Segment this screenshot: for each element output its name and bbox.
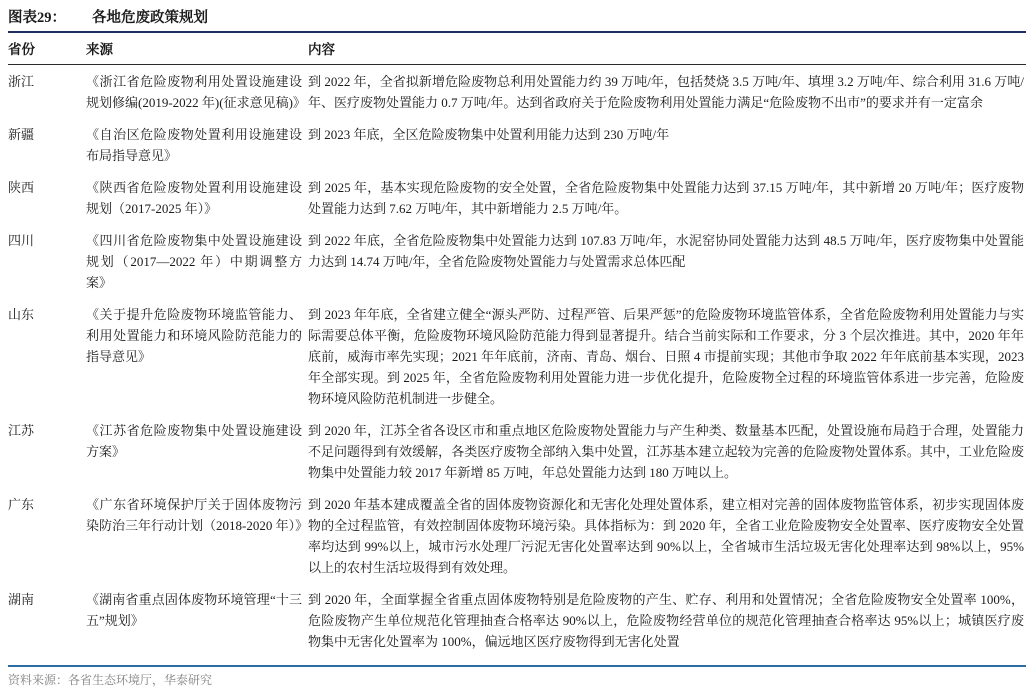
content-cell: 到 2022 年底，全省危险废物集中处置能力达到 107.83 万吨/年，水泥窑…: [308, 230, 1026, 293]
table-row: 陕西 《陕西省危险废物处置利用设施建设规划（2017-2025 年）》 到 20…: [8, 171, 1026, 224]
source-cell: 《江苏省危险废物集中处置设施建设方案》: [86, 420, 302, 483]
source-note: 资料来源：各省生态环境厅，华泰研究: [8, 667, 1028, 692]
content-cell: 到 2020 年，江苏全省各设区市和重点地区危险废物处置能力与产生种类、数量基本…: [308, 420, 1026, 483]
source-cell: 《陕西省危险废物处置利用设施建设规划（2017-2025 年）》: [86, 177, 302, 219]
source-cell: 《湖南省重点固体废物环境管理“十三五”规划》: [86, 589, 302, 652]
source-cell: 《浙江省危险废物利用处置设施建设规划修编(2019-2022 年)(征求意见稿)…: [86, 71, 302, 113]
policy-table: 省份 来源 内容 浙江 《浙江省危险废物利用处置设施建设规划修编(2019-20…: [8, 33, 1026, 667]
header-province: 省份: [8, 39, 80, 60]
province-cell: 江苏: [8, 420, 80, 483]
table-row: 湖南 《湖南省重点固体废物环境管理“十三五”规划》 到 2020 年，全面掌握全…: [8, 583, 1026, 657]
province-cell: 浙江: [8, 71, 80, 113]
source-cell: 《广东省环境保护厅关于固体废物污染防治三年行动计划（2018-2020 年）》: [86, 494, 302, 578]
figure-label: 图表29：: [8, 6, 66, 27]
province-cell: 湖南: [8, 589, 80, 652]
table-row: 江苏 《江苏省危险废物集中处置设施建设方案》 到 2020 年，江苏全省各设区市…: [8, 414, 1026, 488]
table-header-row: 省份 来源 内容: [8, 33, 1026, 65]
table-body: 浙江 《浙江省危险废物利用处置设施建设规划修编(2019-2022 年)(征求意…: [8, 65, 1026, 657]
table-row: 广东 《广东省环境保护厅关于固体废物污染防治三年行动计划（2018-2020 年…: [8, 488, 1026, 583]
province-cell: 陕西: [8, 177, 80, 219]
header-content: 内容: [308, 39, 1026, 60]
header-source: 来源: [86, 39, 302, 60]
content-cell: 到 2023 年底，全区危险废物集中处置利用能力达到 230 万吨/年: [308, 124, 1026, 166]
table-row: 浙江 《浙江省危险废物利用处置设施建设规划修编(2019-2022 年)(征求意…: [8, 65, 1026, 118]
content-cell: 到 2022 年，全省拟新增危险废物总利用处置能力约 39 万吨/年，包括焚烧 …: [308, 71, 1026, 113]
content-cell: 到 2020 年，全面掌握全省重点固体废物特别是危险废物的产生、贮存、利用和处置…: [308, 589, 1026, 652]
content-cell: 到 2020 年基本建成覆盖全省的固体废物资源化和无害化处理处置体系，建立相对完…: [308, 494, 1026, 578]
figure-title-bar: 图表29： 各地危废政策规划: [8, 6, 1026, 33]
table-row: 新疆 《自治区危险废物处置利用设施建设布局指导意见》 到 2023 年底，全区危…: [8, 118, 1026, 171]
content-cell: 到 2025 年，基本实现危险废物的安全处置，全省危险废物集中处置能力达到 37…: [308, 177, 1026, 219]
province-cell: 山东: [8, 304, 80, 409]
source-cell: 《自治区危险废物处置利用设施建设布局指导意见》: [86, 124, 302, 166]
content-cell: 到 2023 年年底，全省建立健全“源头严防、过程严管、后果严惩”的危险废物环境…: [308, 304, 1026, 409]
table-row: 四川 《四川省危险废物集中处置设施建设规划（2017—2022 年）中期调整方案…: [8, 224, 1026, 298]
source-cell: 《四川省危险废物集中处置设施建设规划（2017—2022 年）中期调整方案》: [86, 230, 302, 293]
province-cell: 新疆: [8, 124, 80, 166]
province-cell: 四川: [8, 230, 80, 293]
report-figure-page: 图表29： 各地危废政策规划 省份 来源 内容 浙江 《浙江省危险废物利用处置设…: [0, 0, 1030, 692]
province-cell: 广东: [8, 494, 80, 578]
table-row: 山东 《关于提升危险废物环境监管能力、利用处置能力和环境风险防范能力的指导意见》…: [8, 298, 1026, 414]
source-cell: 《关于提升危险废物环境监管能力、利用处置能力和环境风险防范能力的指导意见》: [86, 304, 302, 409]
figure-title: 各地危废政策规划: [92, 6, 208, 27]
